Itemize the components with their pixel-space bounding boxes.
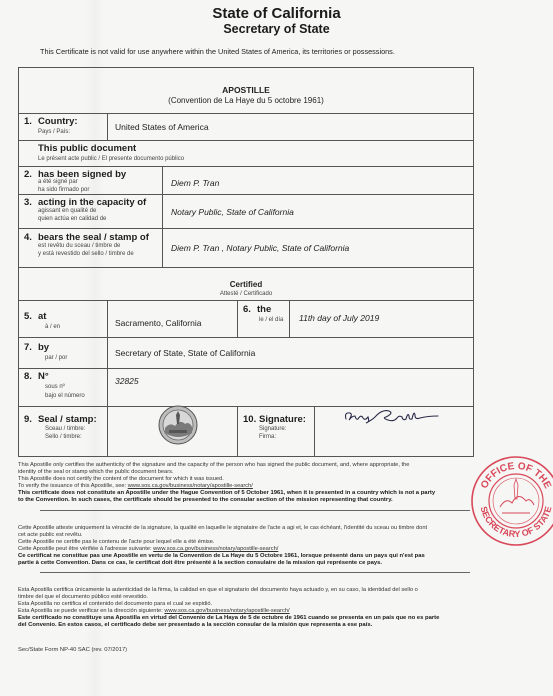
apostille-heading: APOSTILLE xyxy=(19,85,473,95)
validity-notice: This Certificate is not valid for use an… xyxy=(40,47,510,56)
divider xyxy=(40,510,470,511)
field-label: Country: xyxy=(38,116,78,127)
field-sublabel: sous nº xyxy=(45,383,65,391)
seal-of-value: Diem P. Tran , Notary Public, State of C… xyxy=(171,243,349,253)
verify-text: Esta Apostilla se puede verificar en la … xyxy=(18,608,164,614)
field-number: 4. xyxy=(24,232,32,243)
field-sublabel: quien actúa en calidad de xyxy=(38,215,106,223)
field-sublabel: le / el día xyxy=(259,316,283,324)
field-sublabel: Sello / timbre: xyxy=(45,433,82,441)
fine-print-es-verify: Esta Apostilla se puede verificar en la … xyxy=(18,608,290,615)
fine-print-fr-1: Cette Apostille atteste uniquement la vé… xyxy=(18,525,427,532)
apostille-table: APOSTILLE (Convention de La Haye du 5 oc… xyxy=(18,67,474,457)
state-seal-icon xyxy=(158,405,198,445)
divider xyxy=(40,572,470,573)
fine-print-en-bold-2: to the Convention. In such cases, the ce… xyxy=(18,497,393,504)
field-label: by xyxy=(38,342,49,353)
convention-subtitle: (Convention de La Haye du 5 octobre 1961… xyxy=(19,96,473,105)
form-id: Sec/State Form NP-40 SAC (rev. 07/2017) xyxy=(18,647,127,653)
field-sublabel: a été signé par xyxy=(38,178,78,186)
certified-subheading: Attesté / Certificado xyxy=(19,291,473,297)
field-sublabel: Firma: xyxy=(259,433,276,441)
field-number: 2. xyxy=(24,169,32,180)
verify-link-es[interactable]: www.sos.ca.gov/business/notary/apostille… xyxy=(164,608,289,614)
country-value: United States of America xyxy=(115,122,209,132)
signer-name-value: Diem P. Tran xyxy=(171,178,219,188)
certified-heading: Certified xyxy=(19,280,473,289)
field-label: the xyxy=(257,304,271,315)
official-stamp-icon: OFFICE OF THE SECRETARY OF STATE xyxy=(470,455,553,547)
field-sublabel: ha sido firmado por xyxy=(38,186,89,194)
verify-link-fr[interactable]: www.sos.ca.gov/business/notary/apostille… xyxy=(153,546,278,552)
fine-print-en-3: This Apostille does not certify the cont… xyxy=(18,476,224,483)
fine-print-en-1: This Apostille only certifies the authen… xyxy=(18,462,409,469)
verify-text: To verify the issuance of this Apostille… xyxy=(18,483,128,489)
fine-print-en-2: identity of the seal or stamp which the … xyxy=(18,469,174,476)
verify-link-en[interactable]: www.sos.ca.gov/business/notary/apostille… xyxy=(128,483,253,489)
document-subtitle: Secretary of State xyxy=(0,22,553,36)
field-number: 8. xyxy=(24,371,32,382)
fine-print-es-3: Esta Apostilla no certifica el contenido… xyxy=(18,601,212,608)
fine-print-en-bold-1: This certificate does not constitute an … xyxy=(18,490,435,497)
capacity-value: Notary Public, State of California xyxy=(171,207,294,217)
field-number: 1. xyxy=(24,116,32,127)
field-number: 5. xyxy=(24,311,32,322)
field-number: 9. xyxy=(24,414,32,425)
field-sublabel: Le présent acte public / El presente doc… xyxy=(38,155,184,163)
field-sublabel: à / en xyxy=(45,323,60,331)
field-label: N° xyxy=(38,371,49,382)
fine-print-es-bold-1: Este certificado no constituye una Apost… xyxy=(18,615,439,622)
field-sublabel: Signature: xyxy=(259,425,286,433)
fine-print-en-verify: To verify the issuance of this Apostille… xyxy=(18,483,253,490)
document-title: State of California xyxy=(0,5,553,22)
field-sublabel: Pays / País: xyxy=(38,128,70,136)
field-number: 6. xyxy=(243,304,251,315)
field-sublabel: par / por xyxy=(45,354,67,362)
fine-print-es-bold-2: del Convenio. En estos casos, el certifi… xyxy=(18,622,372,629)
field-sublabel: bajo el número xyxy=(45,392,85,400)
field-sublabel: y está revestido del sello / timbre de xyxy=(38,250,134,258)
fine-print-fr-3: Cette Apostille ne certifie pas le conte… xyxy=(18,539,214,546)
fine-print-fr-verify: Cette Apostille peut être vérifiée à l'a… xyxy=(18,546,278,553)
apostille-number-value: 32825 xyxy=(115,376,139,386)
place-value: Sacramento, California xyxy=(115,318,201,328)
fine-print-fr-bold-1: Ce certificat ne constitue pas une Apost… xyxy=(18,553,425,560)
fine-print-fr-bold-2: partie à cette Convention. Dans ce cas, … xyxy=(18,560,382,567)
date-value: 11th day of July 2019 xyxy=(299,313,379,323)
issuer-value: Secretary of State, State of California xyxy=(115,348,255,358)
fine-print-es-2: timbre del que el documento público esté… xyxy=(18,594,148,601)
field-label: Signature: xyxy=(259,414,306,425)
field-label: Seal / stamp: xyxy=(38,414,97,425)
field-sublabel: Sceau / timbre: xyxy=(45,425,85,433)
fine-print-es-1: Esta Apostilla certifica únicamente la a… xyxy=(18,587,418,594)
field-sublabel: est revêtu du sceau / timbre de xyxy=(38,242,120,250)
handwritten-signature xyxy=(342,404,442,426)
fine-print-fr-2: cet acte public est revêtu. xyxy=(18,532,83,539)
field-number: 7. xyxy=(24,342,32,353)
field-label: at xyxy=(38,311,46,322)
verify-text: Cette Apostille peut être vérifiée à l'a… xyxy=(18,546,153,552)
field-sublabel: agissant en qualité de xyxy=(38,207,96,215)
field-number: 10. xyxy=(243,414,256,425)
field-number: 3. xyxy=(24,197,32,208)
field-label: This public document xyxy=(38,143,136,154)
